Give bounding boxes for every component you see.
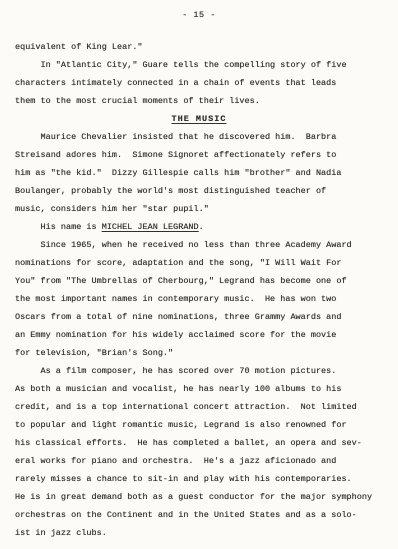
text-line: Since 1965, when he received no less tha… — [15, 236, 390, 254]
text-line: an Emmy nomination for his widely acclai… — [15, 326, 390, 344]
text-line: characters intimately connected in a cha… — [15, 74, 390, 92]
text-line: to popular and light romantic music, Leg… — [15, 416, 390, 434]
text-line: credit, and is a top international conce… — [15, 398, 390, 416]
text-line: rarely misses a chance to sit-in and pla… — [15, 470, 390, 488]
text-line: orchestras on the Continent and in the U… — [15, 506, 390, 524]
text-line: the most important names in contemporary… — [15, 290, 390, 308]
text-line: Streisand adores him. Simone Signoret af… — [15, 146, 390, 164]
text-line: for television, "Brian's Song." — [15, 344, 390, 362]
section-heading-text: THE MUSIC — [172, 114, 227, 124]
text-line: him as "the kid." Dizzy Gillespie calls … — [15, 164, 390, 182]
name-line-underlined: MICHEL JEAN LEGRAND — [102, 222, 199, 232]
text-line: As both a musician and vocalist, he has … — [15, 380, 390, 398]
page-number: - 15 - — [0, 0, 398, 22]
name-line: His name is MICHEL JEAN LEGRAND. — [15, 218, 390, 236]
text-line: You" from "The Umbrellas of Cherbourg," … — [15, 272, 390, 290]
text-line: He is in great demand both as a guest co… — [15, 488, 390, 506]
document-page: - 15 - equivalent of King Lear." In "Atl… — [0, 0, 398, 549]
name-line-suffix: . — [199, 222, 204, 232]
text-line: Maurice Chevalier insisted that he disco… — [15, 128, 390, 146]
text-line: his classical efforts. He has completed … — [15, 434, 390, 452]
text-line: In "Atlantic City," Guare tells the comp… — [15, 56, 390, 74]
text-line: As a film composer, he has scored over 7… — [15, 362, 390, 380]
name-line-prefix: His name is — [15, 222, 102, 232]
text-line: equivalent of King Lear." — [15, 38, 390, 56]
text-line: music, considers him her "star pupil." — [15, 200, 390, 218]
document-body: equivalent of King Lear." In "Atlantic C… — [0, 38, 398, 542]
text-line: ist in jazz clubs. — [15, 524, 390, 542]
text-line: Boulanger, probably the world's most dis… — [15, 182, 390, 200]
text-line: nominations for score, adaptation and th… — [15, 254, 390, 272]
text-line: Oscars from a total of nine nominations,… — [15, 308, 390, 326]
section-heading: THE MUSIC — [15, 110, 390, 128]
text-line: eral works for piano and orchestra. He's… — [15, 452, 390, 470]
text-line: them to the most crucial moments of thei… — [15, 92, 390, 110]
